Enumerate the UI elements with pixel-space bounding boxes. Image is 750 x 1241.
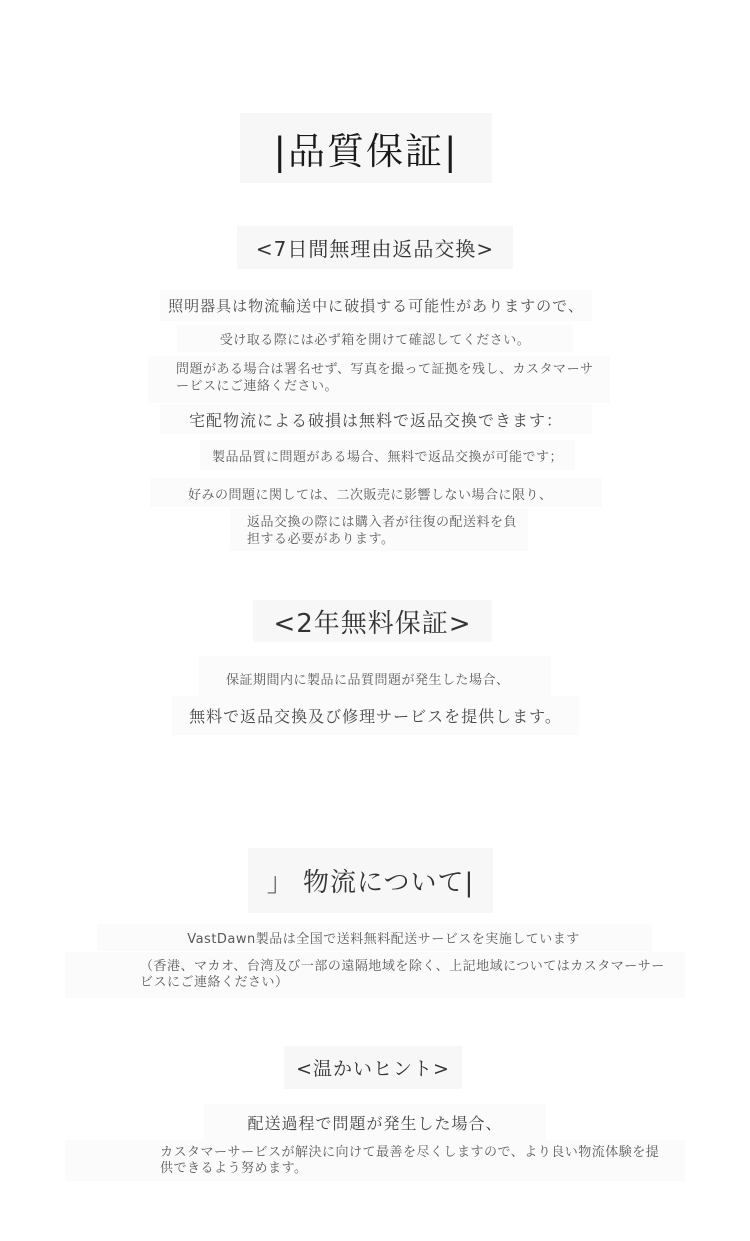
warranty-heading-band: <2年無料保証> [253, 600, 492, 642]
delivery-issue-note: 配送過程で問題が発生した場合、 [247, 1111, 502, 1134]
buyer-pays-shipping-note-band: 返品交換の際には購入者が往復の配送料を負 担する必要があります。 [230, 508, 528, 551]
customer-service-note: カスタマーサービスが解決に向けて最善を尽くしますので、より良い物流体験を提 供で… [160, 1145, 659, 1177]
logistics-title: 」 物流について| [267, 862, 475, 899]
warranty-condition-note-band: 保証期間内に製品に品質問題が発生した場合、 [199, 656, 551, 696]
no-sign-contact-note: 問題がある場合は署名せず、写真を撮って証拠を残し、カスタマーサ ービスにご連絡く… [176, 361, 593, 395]
hint-heading: <温かいヒント> [296, 1054, 450, 1081]
free-return-damage-note-band: 宅配物流による破損は無料で返品交換できます： [160, 404, 592, 434]
free-shipping-note: VastDawn製品は全国で送料無料配送サービスを実施しています [187, 928, 580, 947]
quality-title-band: |品質保証| [240, 113, 492, 183]
free-return-damage-note: 宅配物流による破損は無料で返品交換できます： [189, 408, 563, 431]
buyer-pays-shipping-note: 返品交換の際には購入者が往復の配送料を負 担する必要があります。 [247, 514, 517, 548]
region-exclusion-note-band: （香港、マカオ、台湾及び一部の遠隔地域を除く、上記地域についてはカスタマーサー … [65, 952, 685, 998]
hint-heading-band: <温かいヒント> [284, 1046, 462, 1089]
product-description-page: |品質保証| <7日間無理由返品交換> 照明器具は物流輸送中に破損する可能性があ… [0, 0, 750, 1241]
delivery-issue-note-band: 配送過程で問題が発生した場合、 [204, 1104, 546, 1140]
shipping-damage-note: 照明器具は物流輸送中に破損する可能性がありますので、 [168, 295, 584, 316]
logistics-title-band: 」 物流について| [248, 848, 493, 913]
open-box-note: 受け取る際には必ず箱を開けて確認してください。 [220, 329, 531, 348]
warranty-service-note: 無料で返品交換及び修理サービスを提供します。 [189, 704, 562, 727]
shipping-damage-note-band: 照明器具は物流輸送中に破損する可能性がありますので、 [160, 290, 592, 321]
quality-issue-free-return-note-band: 製品品質に問題がある場合、無料で返品交換が可能です； [200, 440, 575, 470]
warranty-service-note-band: 無料で返品交換及び修理サービスを提供します。 [172, 696, 579, 735]
preference-return-note: 好みの問題に関しては、二次販売に影響しない場合に限り、 [188, 484, 553, 503]
warranty-condition-note: 保証期間内に製品に品質問題が発生した場合、 [226, 669, 510, 688]
customer-service-note-band: カスタマーサービスが解決に向けて最善を尽くしますので、より良い物流体験を提 供で… [65, 1140, 685, 1181]
open-box-note-band: 受け取る際には必ず箱を開けて確認してください。 [177, 325, 573, 352]
quality-title: |品質保証| [274, 121, 459, 175]
no-sign-contact-note-band: 問題がある場合は署名せず、写真を撮って証拠を残し、カスタマーサ ービスにご連絡く… [148, 356, 610, 403]
region-exclusion-note: （香港、マカオ、台湾及び一部の遠隔地域を除く、上記地域についてはカスタマーサー … [140, 959, 665, 991]
quality-issue-free-return-note: 製品品質に問題がある場合、無料で返品交換が可能です； [212, 446, 563, 465]
warranty-heading: <2年無料保証> [273, 603, 471, 640]
free-shipping-note-band: VastDawn製品は全国で送料無料配送サービスを実施しています [97, 924, 652, 951]
preference-return-note-band: 好みの問題に関しては、二次販売に影響しない場合に限り、 [150, 478, 602, 507]
return-policy-heading-band: <7日間無理由返品交換> [237, 226, 513, 269]
return-policy-heading: <7日間無理由返品交換> [256, 233, 494, 262]
